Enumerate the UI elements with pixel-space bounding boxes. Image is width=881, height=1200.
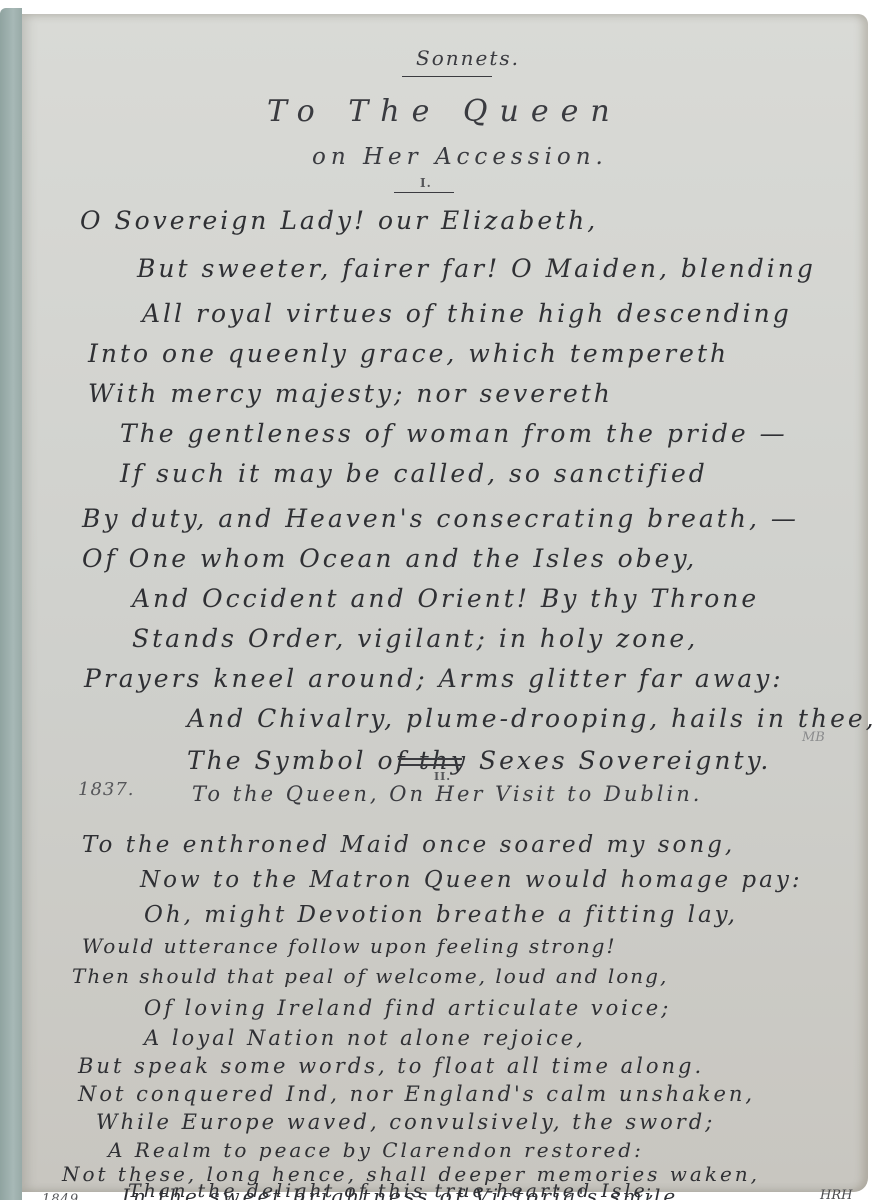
poem1-year: 1837.: [78, 779, 135, 800]
section-title: Sonnets.: [416, 46, 520, 70]
section-divider-line: [400, 764, 462, 766]
poem1-line: Prayers kneel around; Arms glitter far a…: [84, 664, 784, 693]
poem1-line: All royal virtues of thine high descendi…: [142, 299, 792, 328]
poem2-line: Now to the Matron Queen would homage pay…: [140, 867, 803, 893]
poem1-number: I.: [420, 176, 432, 190]
poem1-title: To The Queen: [267, 94, 622, 129]
signature: HRH: [820, 1188, 852, 1200]
poem1-number-underline: [394, 192, 454, 193]
book-cover-edge: [0, 8, 22, 1200]
poem2-line: Then should that peal of welcome, loud a…: [72, 964, 668, 988]
poem1-line: If such it may be called, so sanctified: [120, 459, 708, 488]
poem1-line: The Symbol of thy Sexes Sovereignty.: [187, 746, 771, 775]
poem2-line: A loyal Nation not alone rejoice,: [144, 1026, 586, 1050]
poem2-line: In the sweet brightness of Victoria's sm…: [122, 1184, 688, 1200]
manuscript-page: Sonnets. To The Queen on Her Accession. …: [22, 14, 868, 1192]
poem1-line: And Chivalry, plume-drooping, hails in t…: [187, 704, 877, 733]
poem2-line: Oh, might Devotion breathe a fitting lay…: [144, 902, 738, 928]
poem2-line: To the enthroned Maid once soared my son…: [82, 832, 735, 858]
poem1-line: By duty, and Heaven's consecrating breat…: [82, 504, 799, 533]
section-title-underline: [402, 76, 492, 77]
poem1-line: Into one queenly grace, which tempereth: [88, 339, 729, 368]
poem2-line: Of loving Ireland find articulate voice;: [144, 996, 671, 1020]
margin-note: MB: [802, 730, 825, 745]
poem1-subtitle: on Her Accession.: [312, 144, 608, 170]
poem2-line: Would utterance follow upon feeling stro…: [82, 934, 616, 958]
poem1-line: Stands Order, vigilant; in holy zone,: [132, 624, 698, 653]
poem2-line: But speak some words, to float all time …: [78, 1054, 704, 1078]
poem1-line: Of One whom Ocean and the Isles obey,: [82, 544, 697, 573]
poem2-year: 1849.: [42, 1192, 84, 1200]
poem1-line: But sweeter, fairer far! O Maiden, blend…: [137, 254, 816, 283]
poem2-title: To the Queen, On Her Visit to Dublin.: [192, 782, 702, 806]
section-divider-line: [398, 758, 462, 760]
poem1-line: With mercy majesty; nor severeth: [88, 379, 613, 408]
poem1-line: O Sovereign Lady! our Elizabeth,: [80, 206, 598, 235]
poem2-line: Not conquered Ind, nor England's calm un…: [78, 1082, 755, 1106]
poem2-line: A Realm to peace by Clarendon restored:: [108, 1138, 644, 1162]
poem2-line: While Europe waved, convulsively, the sw…: [96, 1110, 715, 1134]
poem1-line: The gentleness of woman from the pride —: [120, 419, 788, 448]
poem1-line: And Occident and Orient! By thy Throne: [132, 584, 759, 613]
